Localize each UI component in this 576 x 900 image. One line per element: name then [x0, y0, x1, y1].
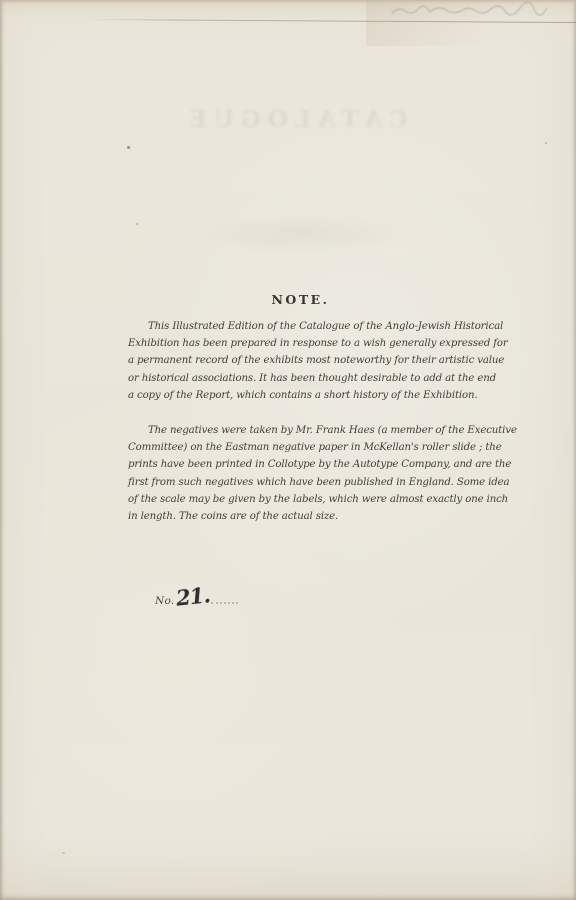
paragraph-1-line: This Illustrated Edition of the Catalogu… [128, 318, 473, 335]
paragraph-1: This Illustrated Edition of the Catalogu… [128, 318, 473, 404]
paper-speck [62, 852, 65, 854]
paragraph-1-line: a permanent record of the exhibits most … [128, 352, 473, 369]
paragraph-1-line: or historical associations. It has been … [128, 370, 473, 387]
note-section: NOTE. This Illustrated Edition of the Ca… [128, 292, 473, 525]
paper-speck [545, 142, 547, 144]
paragraph-2: The negatives were taken by Mr. Frank Ha… [128, 422, 473, 525]
paper-speck [127, 146, 130, 149]
paragraph-1-line: Exhibition has been prepared in response… [128, 335, 473, 352]
show-through-smear [148, 208, 458, 260]
faint-pencil-inscription [388, 1, 570, 23]
handwritten-number: 21. [174, 582, 210, 610]
paragraph-2-line: in length. The coins are of the actual s… [128, 508, 473, 525]
dotted-leader [211, 599, 238, 604]
paragraph-2-line: first from such negatives which have bee… [128, 474, 473, 491]
paragraph-2-line: The negatives were taken by Mr. Frank Ha… [128, 422, 473, 439]
paragraph-1-line: a copy of the Report, which contains a s… [128, 387, 473, 404]
paragraph-2-line: Committee) on the Eastman negative paper… [128, 439, 473, 456]
paragraph-2-line: of the scale may be given by the labels,… [128, 491, 473, 508]
paragraph-2-line: prints have been printed in Collotype by… [128, 456, 473, 473]
number-label: No. [155, 595, 175, 607]
note-heading: NOTE. [128, 292, 473, 307]
book-page-scan: CATALOGUE NOTE. This Illustrated Edition… [0, 0, 576, 900]
paper-speck [136, 223, 138, 225]
show-through-title: CATALOGUE [155, 106, 435, 133]
catalogue-number: No. 21. [155, 584, 238, 610]
